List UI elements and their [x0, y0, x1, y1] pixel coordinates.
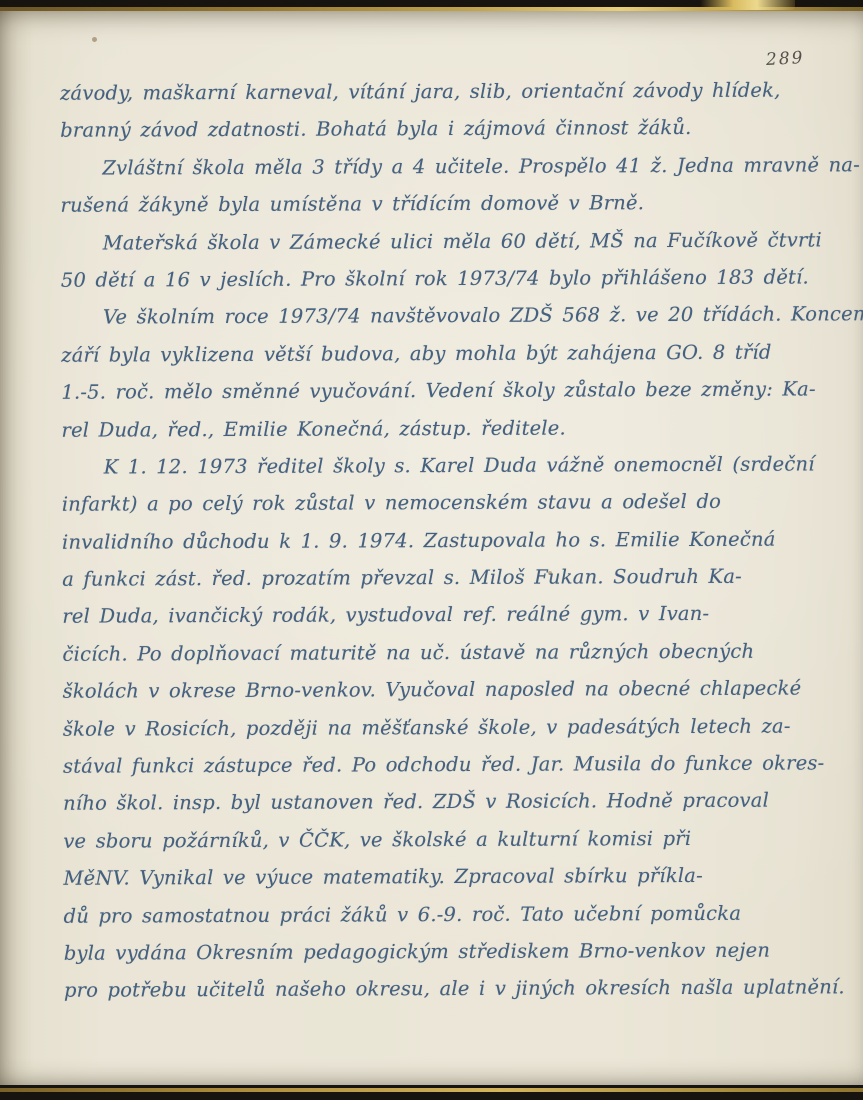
- handwritten-line: pro potřebu učitelů našeho okresu, ale i…: [64, 969, 846, 1010]
- photo-frame: 289 závody, maškarní karneval, vítání ja…: [0, 0, 863, 1100]
- handwritten-line: ve sboru požárníků, v ČČK, ve školské a …: [63, 819, 845, 860]
- handwritten-text-block: závody, maškarní karneval, vítání jara, …: [60, 71, 846, 1009]
- handwritten-line: ního škol. insp. byl ustanoven řed. ZDŠ …: [63, 782, 845, 823]
- handwritten-line: rel Duda, ivančický rodák, vystudoval re…: [62, 595, 844, 636]
- handwritten-line: MěNV. Vynikal ve výuce matematiky. Zprac…: [63, 856, 845, 897]
- handwritten-line: rel Duda, řed., Emilie Konečná, zástup. …: [61, 408, 843, 449]
- handwritten-line: čicích. Po doplňovací maturitě na uč. ús…: [62, 632, 844, 673]
- handwritten-line: rušená žákyně byla umístěna v třídícím d…: [60, 183, 842, 224]
- handwritten-line: branný závod zdatnosti. Bohatá byla i zá…: [60, 109, 842, 150]
- handwritten-line: 50 dětí a 16 v jeslích. Pro školní rok 1…: [61, 258, 843, 299]
- handwritten-line: K 1. 12. 1973 ředitel školy s. Karel Dud…: [62, 445, 844, 486]
- handwritten-line: škole v Rosicích, později na měšťanské š…: [63, 707, 845, 748]
- handwritten-line: a funkci zást. řed. prozatím převzal s. …: [62, 557, 844, 598]
- handwritten-line: Zvláštní škola měla 3 třídy a 4 učitele.…: [60, 146, 842, 187]
- handwritten-line: závody, maškarní karneval, vítání jara, …: [60, 71, 842, 112]
- handwritten-line: školách v okrese Brno-venkov. Vyučoval n…: [63, 670, 845, 711]
- handwritten-line: stával funkci zástupce řed. Po odchodu ř…: [63, 744, 845, 785]
- handwritten-line: dů pro samostatnou práci žáků v 6.-9. ro…: [64, 894, 846, 935]
- gilt-page-edge-bottom: [0, 1088, 863, 1092]
- handwritten-line: září byla vyklizena větší budova, aby mo…: [61, 333, 843, 374]
- page-number: 289: [766, 48, 805, 70]
- handwritten-line: Mateřská škola v Zámecké ulici měla 60 d…: [61, 221, 843, 262]
- gilt-page-edge-highlight: [700, 0, 795, 10]
- paper-speck: [92, 37, 97, 42]
- handwritten-line: 1.-5. roč. mělo směnné vyučování. Vedení…: [61, 370, 843, 411]
- handwritten-line: Ve školním roce 1973/74 navštěvovalo ZDŠ…: [61, 296, 843, 337]
- handwritten-line: infarkt) a po celý rok zůstal v nemocens…: [62, 483, 844, 524]
- handwritten-line: invalidního důchodu k 1. 9. 1974. Zastup…: [62, 520, 844, 561]
- handwritten-line: byla vydána Okresním pedagogickým středi…: [64, 931, 846, 972]
- manuscript-page: 289 závody, maškarní karneval, vítání ja…: [0, 11, 863, 1085]
